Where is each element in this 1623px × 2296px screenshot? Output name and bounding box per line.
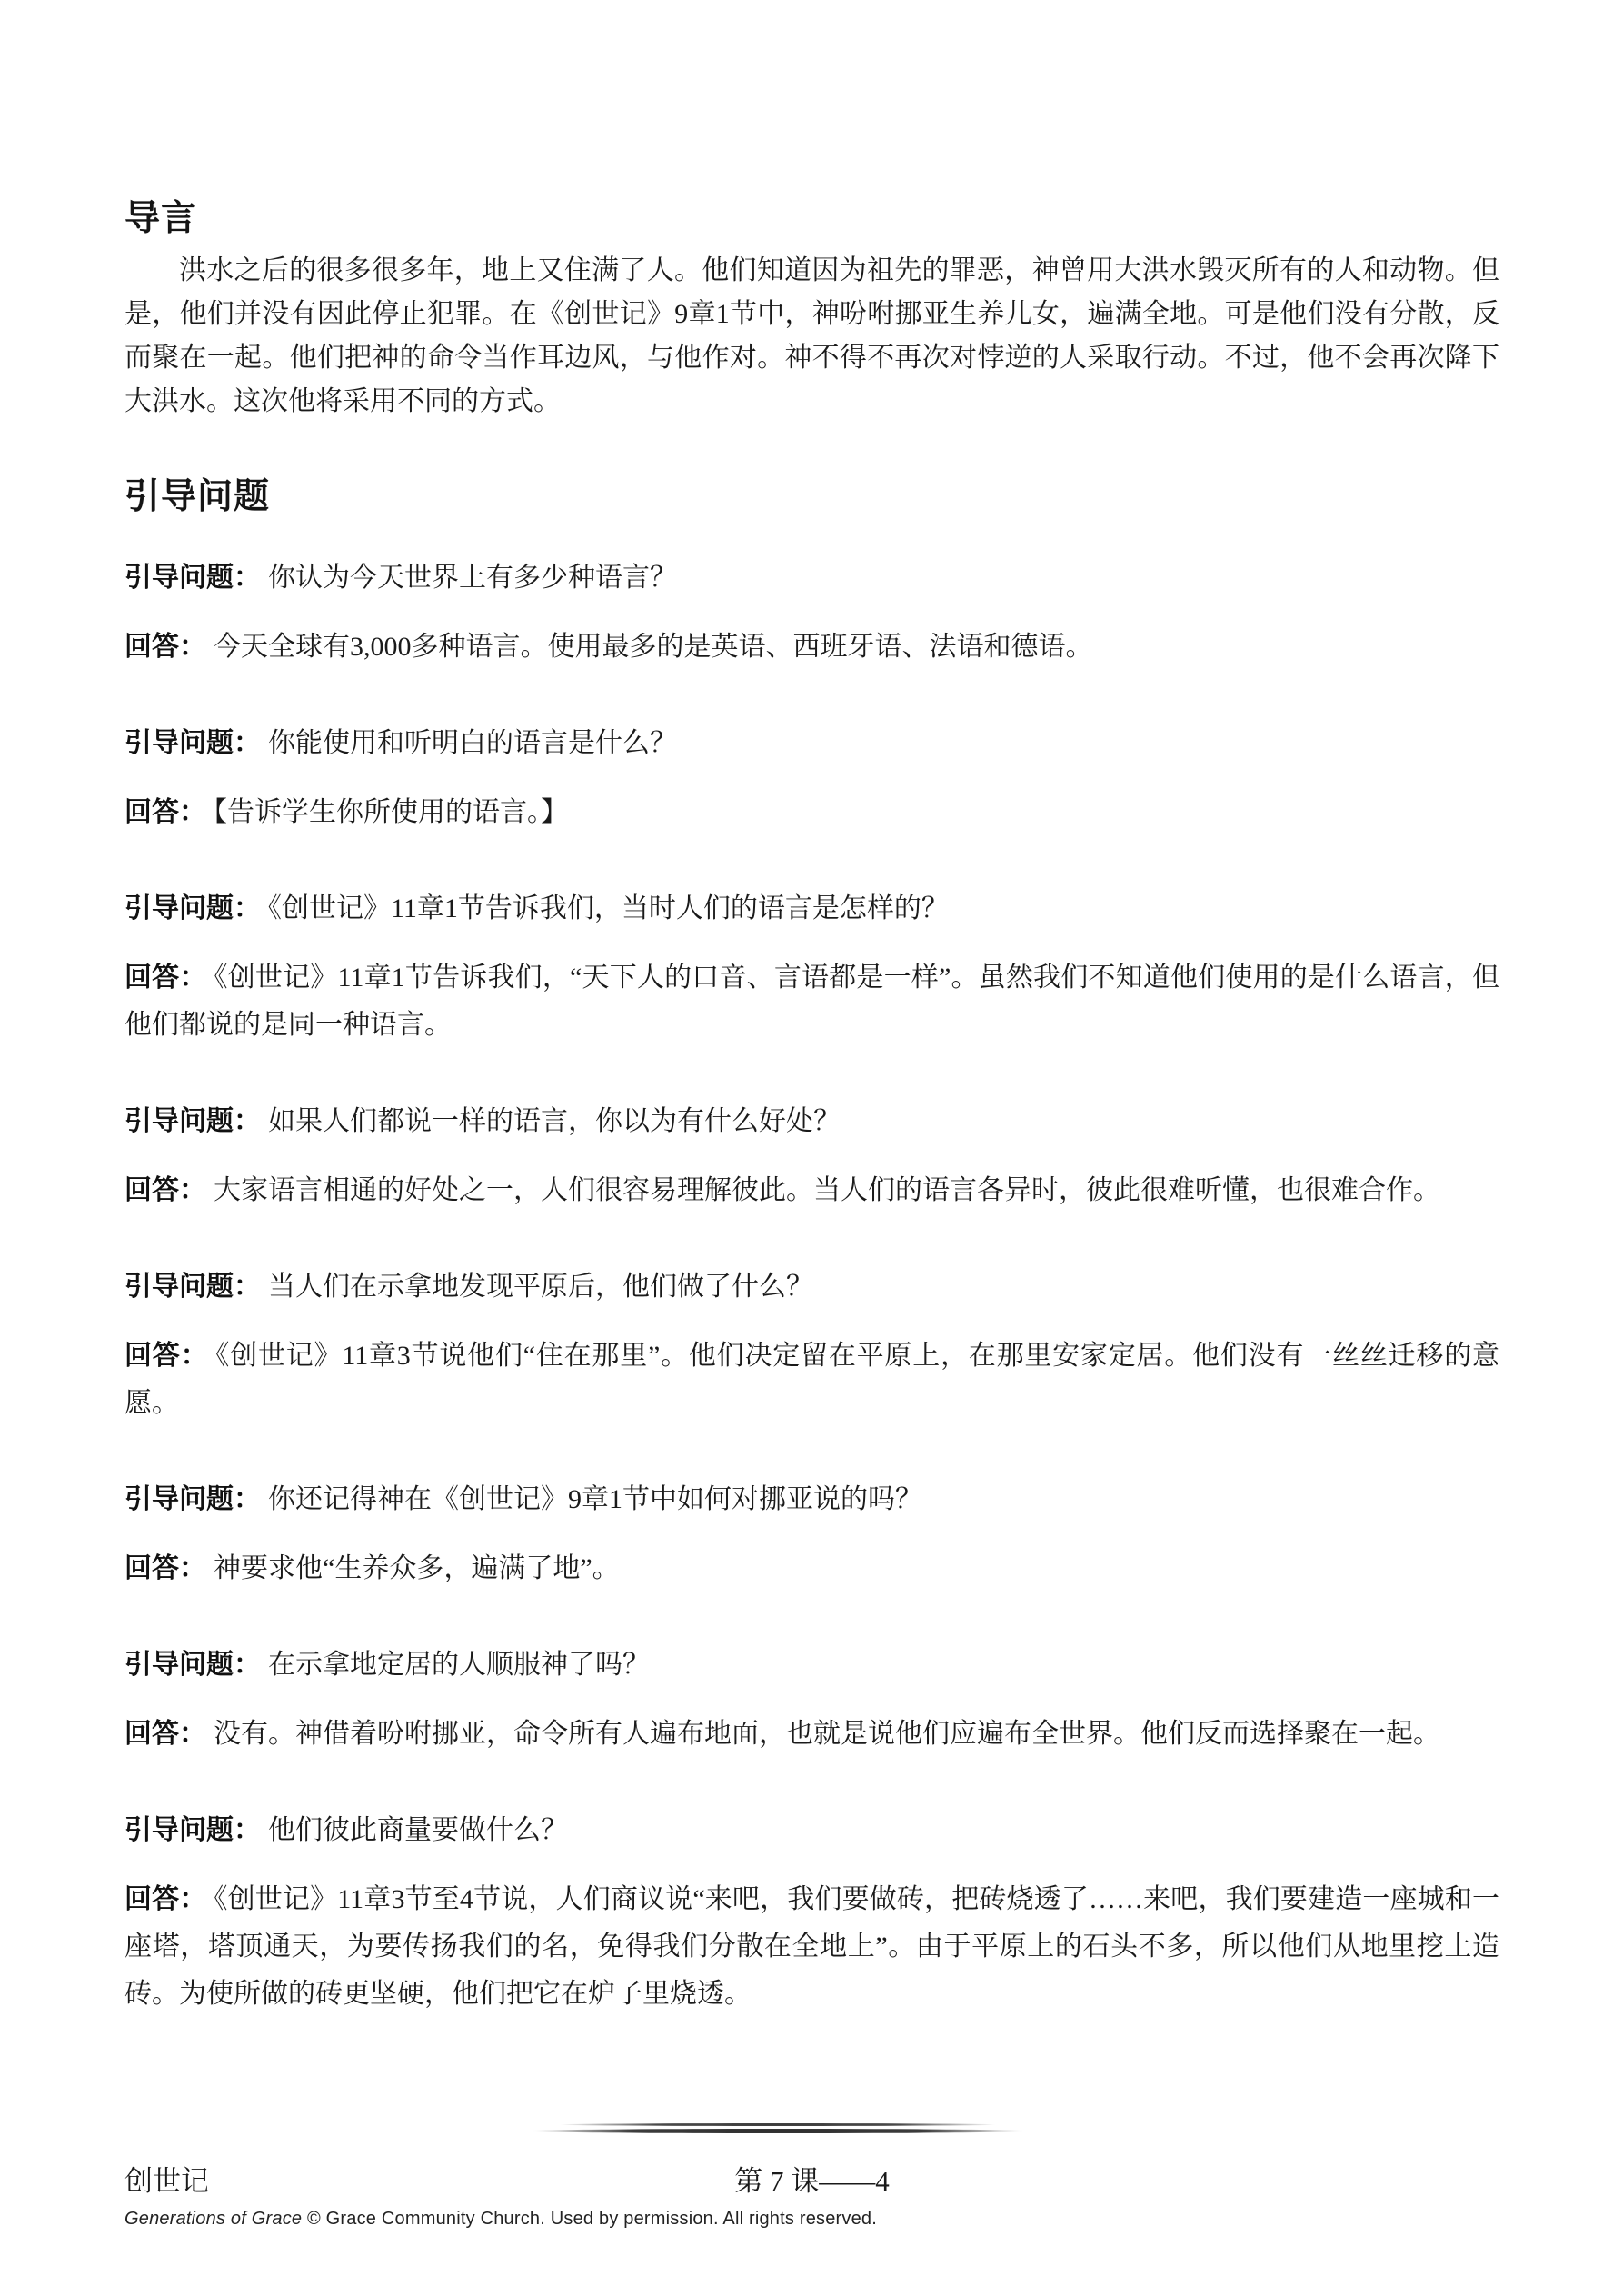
answer-text: 《创世记》11章3节至4节说，人们商议说“来吧，我们要做砖，把砖烧透了……来吧，…: [124, 1884, 1499, 2009]
answer-label: 回答：: [124, 1341, 208, 1371]
question-text: 如果人们都说一样的语言，你以为有什么好处？: [268, 1106, 841, 1136]
question-line: 引导问题：你还记得神在《创世记》9章1节中如何对挪亚说的吗？: [124, 1476, 1499, 1523]
question-line: 引导问题：《创世记》11章1节告诉我们，当时人们的语言是怎样的？: [124, 885, 1499, 933]
question-label: 引导问题：: [124, 1484, 261, 1514]
question-text: 你还记得神在《创世记》9章1节中如何对挪亚说的吗？: [268, 1484, 922, 1514]
page-content: 导言 洪水之后的很多很多年，地上又住满了人。他们知道因为祖先的罪恶，神曾用大洪水…: [124, 198, 1499, 2018]
answer-label: 回答：: [124, 1719, 206, 1749]
question-text: 他们彼此商量要做什么？: [268, 1815, 568, 1845]
qa-pair: 引导问题：当人们在示拿地发现平原后，他们做了什么？ 回答：《创世记》11章3节说…: [124, 1263, 1499, 1427]
question-text: 你能使用和听明白的语言是什么？: [268, 728, 677, 758]
question-line: 引导问题：在示拿地定居的人顺服神了吗？: [124, 1642, 1499, 1689]
answer-text: 神要求他“生养众多，遍满了地”。: [214, 1553, 620, 1583]
answer-line: 回答：今天全球有3,000多种语言。使用最多的是英语、西班牙语、法语和德语。: [124, 624, 1499, 671]
guiding-questions-section: 引导问题 引导问题：你认为今天世界上有多少种语言？ 回答：今天全球有3,000多…: [124, 476, 1499, 2018]
answer-text: 今天全球有3,000多种语言。使用最多的是英语、西班牙语、法语和德语。: [214, 632, 1093, 662]
answer-line: 回答：《创世记》11章1节告诉我们，“天下人的口音、言语都是一样”。虽然我们不知…: [124, 954, 1499, 1049]
question-label: 引导问题：: [124, 893, 261, 923]
answer-text: 大家语言相通的好处之一，人们很容易理解彼此。当人们的语言各异时，彼此很难听懂，也…: [214, 1175, 1440, 1205]
qa-pair: 引导问题：在示拿地定居的人顺服神了吗？ 回答：没有。神借着吩咐挪亚，命令所有人遍…: [124, 1642, 1499, 1758]
question-label: 引导问题：: [124, 728, 261, 758]
answer-label: 回答：: [124, 632, 206, 662]
footer-page-number: 第 7 课——4: [124, 2158, 1499, 2199]
question-text: 《创世记》11章1节告诉我们，当时人们的语言是怎样的？: [268, 893, 949, 923]
question-label: 引导问题：: [124, 1106, 261, 1136]
answer-text: 《创世记》11章3节说他们“住在那里”。他们决定留在平原上，在那里安家定居。他们…: [124, 1341, 1499, 1418]
answer-text: 没有。神借着吩咐挪亚，命令所有人遍布地面，也就是说他们应遍布全世界。他们反而选择…: [214, 1719, 1440, 1749]
footer-row: 创世记 第 7 课——4: [124, 2158, 1499, 2198]
question-line: 引导问题：如果人们都说一样的语言，你以为有什么好处？: [124, 1098, 1499, 1145]
answer-line: 回答：神要求他“生养众多，遍满了地”。: [124, 1545, 1499, 1592]
answer-line: 回答：大家语言相通的好处之一，人们很容易理解彼此。当人们的语言各异时，彼此很难听…: [124, 1167, 1499, 1214]
question-line: 引导问题：你认为今天世界上有多少种语言？: [124, 554, 1499, 602]
qa-pair: 引导问题：他们彼此商量要做什么？ 回答：《创世记》11章3节至4节说，人们商议说…: [124, 1807, 1499, 2018]
answer-line: 回答：《创世记》11章3节至4节说，人们商议说“来吧，我们要做砖，把砖烧透了………: [124, 1876, 1499, 2018]
answer-line: 回答：【告诉学生你所使用的语言。】: [124, 789, 1499, 836]
question-text: 在示拿地定居的人顺服神了吗？: [268, 1650, 650, 1680]
copyright-brand: Generations of Grace: [124, 2209, 302, 2229]
qa-pair: 引导问题：你还记得神在《创世记》9章1节中如何对挪亚说的吗？ 回答：神要求他“生…: [124, 1476, 1499, 1592]
answer-label: 回答：: [124, 963, 207, 993]
answer-line: 回答：没有。神借着吩咐挪亚，命令所有人遍布地面，也就是说他们应遍布全世界。他们反…: [124, 1711, 1499, 1758]
page-footer: 创世记 第 7 课——4 Generations of Grace © Grac…: [124, 2120, 1499, 2230]
question-line: 引导问题：你能使用和听明白的语言是什么？: [124, 720, 1499, 767]
qa-pair: 引导问题：你能使用和听明白的语言是什么？ 回答：【告诉学生你所使用的语言。】: [124, 720, 1499, 836]
answer-label: 回答：: [124, 797, 206, 827]
question-label: 引导问题：: [124, 1815, 261, 1845]
copyright-text: © Grace Community Church. Used by permis…: [302, 2209, 877, 2229]
question-text: 当人们在示拿地发现平原后，他们做了什么？: [268, 1272, 813, 1302]
answer-text: 【告诉学生你所使用的语言。】: [214, 797, 568, 827]
intro-heading: 导言: [124, 198, 1499, 240]
answer-text: 《创世记》11章1节告诉我们，“天下人的口音、言语都是一样”。虽然我们不知道他们…: [124, 963, 1499, 1040]
question-label: 引导问题：: [124, 1272, 261, 1302]
document-page: 导言 洪水之后的很多很多年，地上又住满了人。他们知道因为祖先的罪恶，神曾用大洪水…: [0, 0, 1623, 2296]
answer-label: 回答：: [124, 1884, 206, 1914]
footer-copyright: Generations of Grace © Grace Community C…: [124, 2209, 1499, 2230]
divider-line-thick: [527, 2129, 1029, 2133]
question-label: 引导问题：: [124, 1650, 261, 1680]
answer-label: 回答：: [124, 1175, 206, 1205]
question-line: 引导问题：他们彼此商量要做什么？: [124, 1807, 1499, 1854]
intro-paragraph: 洪水之后的很多很多年，地上又住满了人。他们知道因为祖先的罪恶，神曾用大洪水毁灭所…: [124, 249, 1499, 424]
answer-label: 回答：: [124, 1553, 206, 1583]
question-line: 引导问题：当人们在示拿地发现平原后，他们做了什么？: [124, 1263, 1499, 1311]
question-text: 你认为今天世界上有多少种语言？: [268, 563, 677, 593]
footer-divider: [527, 2123, 1029, 2133]
intro-section: 导言 洪水之后的很多很多年，地上又住满了人。他们知道因为祖先的罪恶，神曾用大洪水…: [124, 198, 1499, 424]
qa-pair: 引导问题：《创世记》11章1节告诉我们，当时人们的语言是怎样的？ 回答：《创世记…: [124, 885, 1499, 1049]
answer-line: 回答：《创世记》11章3节说他们“住在那里”。他们决定留在平原上，在那里安家定居…: [124, 1333, 1499, 1427]
qa-pair: 引导问题：如果人们都说一样的语言，你以为有什么好处？ 回答：大家语言相通的好处之…: [124, 1098, 1499, 1214]
question-label: 引导问题：: [124, 563, 261, 593]
divider-line-thin: [555, 2123, 1001, 2126]
guiding-questions-heading: 引导问题: [124, 476, 1499, 518]
qa-pair: 引导问题：你认为今天世界上有多少种语言？ 回答：今天全球有3,000多种语言。使…: [124, 554, 1499, 671]
